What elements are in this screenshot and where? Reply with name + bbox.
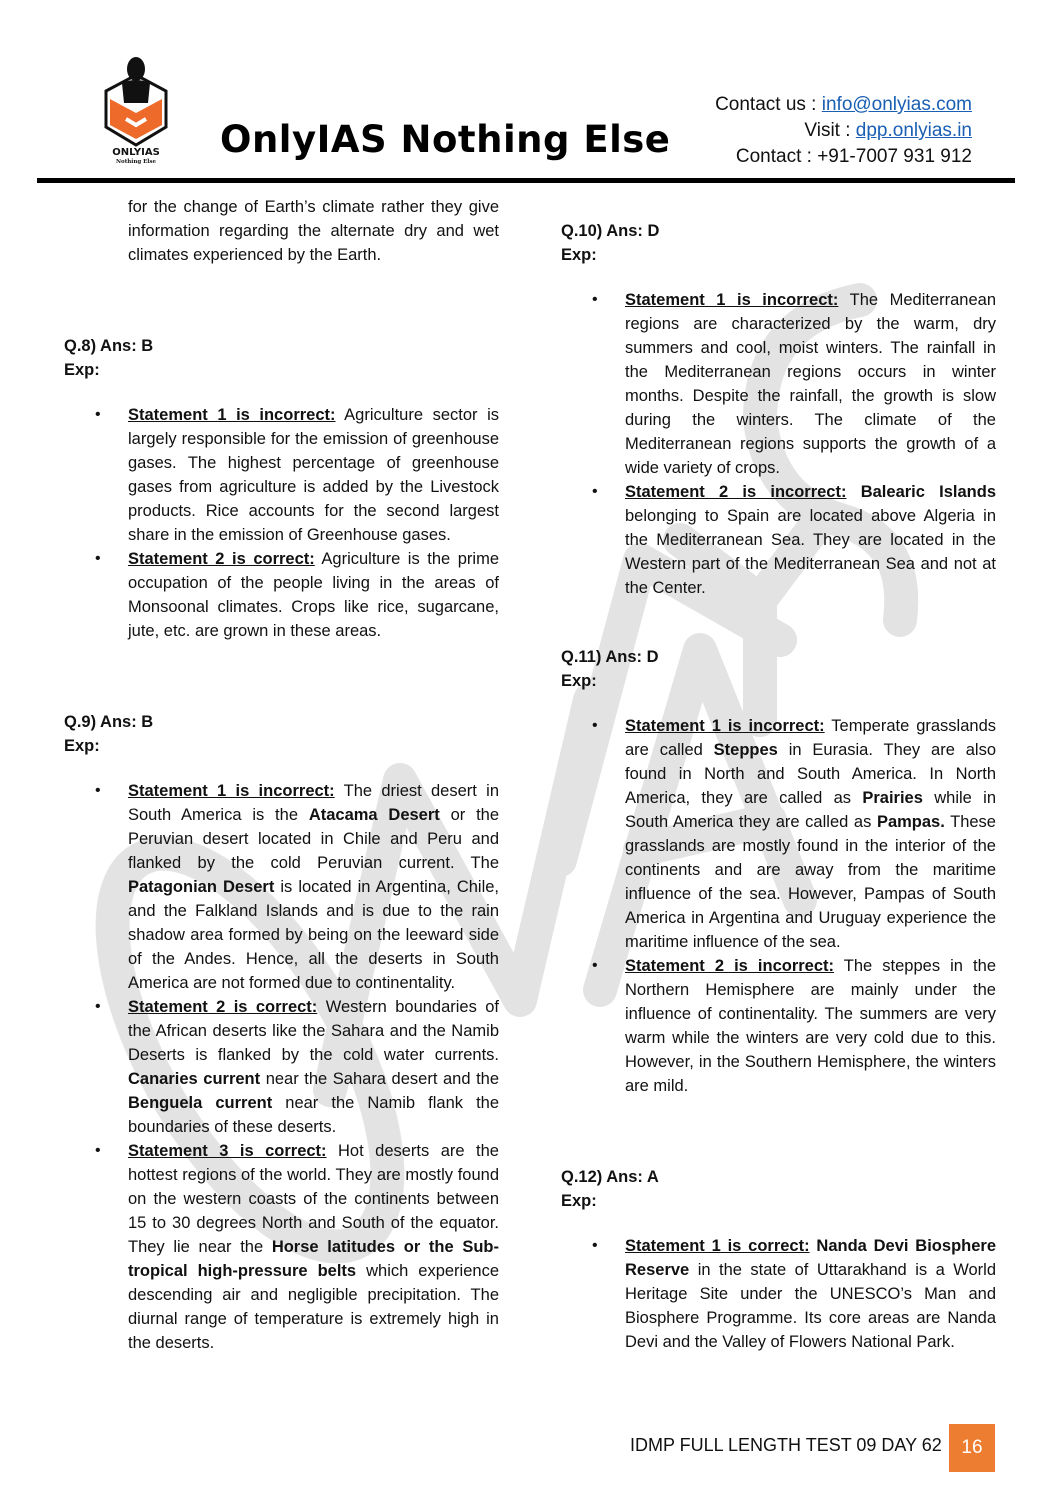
left-questions: Q.8) Ans: BExp:•Statement 1 is incorrect… <box>64 334 499 1355</box>
question-block: Q.12) Ans: AExp:•Statement 1 is correct:… <box>561 1165 996 1354</box>
bullet-icon: • <box>592 288 598 312</box>
onlyias-logo: ONLYIAS Nothing Else <box>100 55 172 165</box>
statement-text: near the Sahara desert and the <box>260 1070 499 1088</box>
statement-item: •Statement 3 is correct: Hot deserts are… <box>64 1139 499 1355</box>
question-block: Q.8) Ans: BExp:•Statement 1 is incorrect… <box>64 334 499 643</box>
statement-item: •Statement 1 is correct: Nanda Devi Bios… <box>561 1234 996 1354</box>
bullet-icon: • <box>95 995 101 1019</box>
statement-label: Statement 2 is correct: <box>128 550 315 568</box>
statement-label: Statement 1 is incorrect: <box>625 717 825 735</box>
answer-heading: Q.9) Ans: B <box>64 710 499 734</box>
question-block: Q.9) Ans: BExp:•Statement 1 is incorrect… <box>64 710 499 1355</box>
continuation-paragraph: for the change of Earth’s climate rather… <box>128 195 499 267</box>
statement-list: •Statement 1 is incorrect: The Mediterra… <box>561 288 996 600</box>
statement-item: •Statement 1 is incorrect: Temperate gra… <box>561 714 996 954</box>
answer-heading: Q.10) Ans: D <box>561 219 996 243</box>
statement-label: Statement 1 is incorrect: <box>128 782 335 800</box>
contact-phone-line: Contact : +91-7007 931 912 <box>715 144 972 170</box>
statement-label: Statement 2 is incorrect: <box>625 483 846 501</box>
statement-item: •Statement 1 is incorrect: The Mediterra… <box>561 288 996 480</box>
explanation-label: Exp: <box>64 734 499 758</box>
answer-heading: Q.11) Ans: D <box>561 645 996 669</box>
brand-title: OnlyIAS Nothing Else <box>220 118 670 161</box>
question-block: Q.11) Ans: DExp:•Statement 1 is incorrec… <box>561 645 996 1098</box>
statement-text: belonging to Spain are located above Alg… <box>625 507 996 597</box>
right-column: Q.10) Ans: DExp:•Statement 1 is incorrec… <box>561 195 996 1354</box>
visit-label: Visit : <box>804 120 855 141</box>
statement-list: •Statement 1 is correct: Nanda Devi Bios… <box>561 1234 996 1354</box>
statement-item: •Statement 2 is incorrect: The steppes i… <box>561 954 996 1098</box>
bullet-icon: • <box>95 403 101 427</box>
statement-label: Statement 2 is incorrect: <box>625 957 834 975</box>
statement-label: Statement 3 is correct: <box>128 1142 327 1160</box>
statement-text: Agriculture sector is largely responsibl… <box>128 406 499 544</box>
statement-label: Statement 1 is incorrect: <box>625 291 838 309</box>
contact-email-link[interactable]: info@onlyias.com <box>822 94 972 115</box>
explanation-label: Exp: <box>561 1189 996 1213</box>
statement-text: The Mediterranean regions are characteri… <box>625 291 996 477</box>
right-questions: Q.10) Ans: DExp:•Statement 1 is incorrec… <box>561 219 996 1354</box>
footer-test-name: IDMP FULL LENGTH TEST 09 DAY 62 <box>630 1435 942 1456</box>
bullet-icon: • <box>95 547 101 571</box>
statement-label: Statement 2 is correct: <box>128 998 317 1016</box>
statement-list: •Statement 1 is incorrect: Temperate gra… <box>561 714 996 1098</box>
contact-block: Contact us : info@onlyias.com Visit : dp… <box>715 92 972 170</box>
page-number-badge: 16 <box>949 1424 995 1472</box>
explanation-label: Exp: <box>561 669 996 693</box>
bullet-icon: • <box>592 480 598 504</box>
statement-key-term: Benguela current <box>128 1094 272 1112</box>
explanation-label: Exp: <box>561 243 996 267</box>
contact-email-line: Contact us : info@onlyias.com <box>715 92 972 118</box>
statement-item: •Statement 2 is correct: Agriculture is … <box>64 547 499 643</box>
statement-key-term: Prairies <box>862 789 923 807</box>
statement-item: •Statement 1 is incorrect: Agriculture s… <box>64 403 499 547</box>
svg-text:ONLYIAS: ONLYIAS <box>112 147 160 158</box>
statement-text: The steppes in the Northern Hemisphere a… <box>625 957 996 1095</box>
contact-us-label: Contact us : <box>715 94 822 115</box>
statement-item: •Statement 2 is correct: Western boundar… <box>64 995 499 1139</box>
statement-text: These grasslands are mostly found in the… <box>625 813 996 951</box>
bullet-icon: • <box>592 954 598 978</box>
statement-key-term: Steppes <box>714 741 778 759</box>
statement-key-term: Patagonian Desert <box>128 878 274 896</box>
header-divider <box>37 178 1015 183</box>
bullet-icon: • <box>95 1139 101 1163</box>
bullet-icon: • <box>592 714 598 738</box>
explanation-label: Exp: <box>64 358 499 382</box>
visit-line: Visit : dpp.onlyias.in <box>715 118 972 144</box>
statement-item: •Statement 1 is incorrect: The driest de… <box>64 779 499 995</box>
statement-label: Statement 1 is incorrect: <box>128 406 336 424</box>
statement-key-term: Pampas. <box>877 813 945 831</box>
question-block: Q.10) Ans: DExp:•Statement 1 is incorrec… <box>561 219 996 600</box>
statement-key-term: Atacama Desert <box>309 806 440 824</box>
statement-key-term: Canaries current <box>128 1070 260 1088</box>
statement-label: Statement 1 is correct: <box>625 1237 810 1255</box>
answer-heading: Q.8) Ans: B <box>64 334 499 358</box>
statement-text <box>846 483 860 501</box>
statement-list: •Statement 1 is incorrect: Agriculture s… <box>64 403 499 643</box>
bullet-icon: • <box>592 1234 598 1258</box>
visit-url-link[interactable]: dpp.onlyias.in <box>856 120 972 141</box>
left-column: for the change of Earth’s climate rather… <box>64 195 499 1355</box>
statement-item: •Statement 2 is incorrect: Balearic Isla… <box>561 480 996 600</box>
statement-key-term: Balearic Islands <box>861 483 996 501</box>
svg-text:Nothing Else: Nothing Else <box>116 159 156 165</box>
answer-heading: Q.12) Ans: A <box>561 1165 996 1189</box>
statement-list: •Statement 1 is incorrect: The driest de… <box>64 779 499 1355</box>
bullet-icon: • <box>95 779 101 803</box>
